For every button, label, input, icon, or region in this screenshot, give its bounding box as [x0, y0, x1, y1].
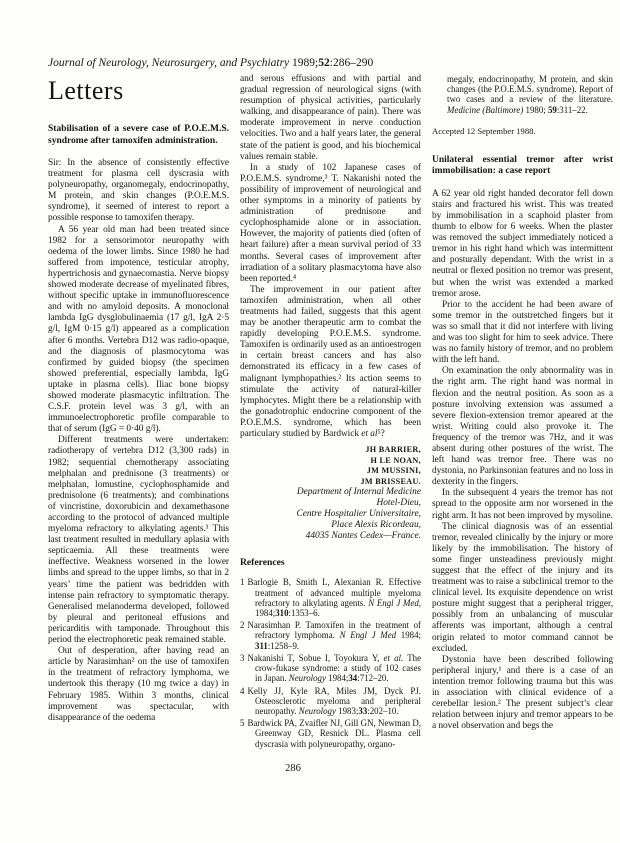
reference-item-1: 1Barlogie B, Smith L, Alexanian R. Effec… [240, 577, 421, 618]
three-column-text-block: Letters Stabilisation of a severe case o… [48, 74, 614, 751]
journal-volume: 52 [318, 57, 330, 69]
reference-text: 1983; [336, 706, 358, 716]
reference-journal: N Engl J Med [340, 630, 397, 640]
reference-text: 1984; [396, 630, 421, 640]
signature-name: JM MUSSINI, [240, 466, 421, 477]
letter1-paragraph-2: A 56 year old man had been treated since… [48, 225, 229, 436]
letter1-paragraph-4-continued: and serous effusions and with partial an… [240, 74, 421, 163]
reference-journal: N Engl J Med [368, 598, 419, 608]
signature-name: JM BRISSEAU. [240, 477, 421, 488]
reference-text: :1353–6. [289, 608, 320, 618]
letter2-paragraph-3: On examination the only abnormality was … [432, 366, 613, 488]
letter2-paragraph-5: The clinical diagnosis was of an essenti… [432, 522, 613, 655]
signature-block: JH BARRIER, H LE NOAN, JM MUSSINI, JM BR… [240, 445, 421, 487]
column-1: Letters Stabilisation of a severe case o… [48, 74, 229, 724]
reference-et-al: et al. [384, 653, 404, 663]
reference-journal: Neurology [289, 673, 326, 683]
column-2: and serous effusions and with partial an… [240, 74, 421, 751]
letter1-paragraph-3: Different treatments were undertaken: ra… [48, 435, 229, 646]
closing-ref-mark: ⁵? [377, 429, 384, 439]
address-line: Department of Internal Medicine [240, 487, 421, 498]
reference-volume: 59 [548, 105, 557, 115]
letter1-paragraph-5: In a study of 102 Japanese cases of P.O.… [240, 163, 421, 285]
address-line: 44035 Nantes Cedex—France. [240, 531, 421, 542]
reference-text: 1980; [523, 105, 548, 115]
reference-text: megaly, endocrinopathy, M protein, and s… [447, 74, 613, 104]
reference-text: :311–22. [557, 105, 588, 115]
reference-volume: 311 [255, 641, 268, 651]
reference-journal: Neurology [299, 706, 336, 716]
accepted-note: Accepted 12 September 1988. [432, 126, 613, 136]
closing-et-al: et al [361, 429, 377, 439]
reference-number: 3 [240, 653, 244, 663]
journal-pages: :286–290 [330, 57, 373, 69]
closing-text: The improvement in our patient after tam… [240, 285, 421, 439]
reference-text: :712–20. [357, 673, 388, 683]
letter1-paragraph-1: Sir: In the absence of consistently effe… [48, 158, 229, 225]
address-line: Place Alexis Ricordeau, [240, 520, 421, 531]
journal-page: Journal of Neurology, Neurosurgery, and … [0, 0, 620, 843]
letter1-paragraph-6: The improvement in our patient after tam… [240, 285, 421, 440]
reference-item-3: 3Nakanishi T, Sobue I, Toyokura Y, et al… [240, 653, 421, 684]
journal-year: 1989; [289, 57, 318, 69]
column-3: megaly, endocrinopathy, M protein, and s… [432, 74, 613, 732]
reference-number: 5 [240, 718, 244, 728]
address-line: Hotel-Dieu, [240, 498, 421, 509]
address-block: Department of Internal Medicine Hotel-Di… [240, 487, 421, 542]
letter1-title: Stabilisation of a severe case of P.O.E.… [48, 124, 229, 147]
reference-volume: 33 [358, 706, 367, 716]
letter2-title: Unilateral essential tremor after wrist … [432, 155, 613, 178]
reference-journal: Medicine (Baltimore) [447, 105, 523, 115]
references-heading: References [240, 557, 421, 568]
reference-text: :202–10. [367, 706, 398, 716]
reference-item-5: 5Bardwick PA, Zvaifler NJ, Gill GN, Newm… [240, 718, 421, 749]
reference-number: 1 [240, 577, 244, 587]
signature-name: H LE NOAN, [240, 456, 421, 467]
signature-name: JH BARRIER, [240, 445, 421, 456]
reference-number: 4 [240, 686, 244, 696]
section-title: Letters [48, 76, 229, 106]
page-number: 286 [263, 763, 323, 774]
reference-text: Nakanishi T, Sobue I, Toyokura Y, [247, 653, 383, 663]
address-line: Centre Hospitalier Universitaire, [240, 509, 421, 520]
reference-item-5-continuation: megaly, endocrinopathy, M protein, and s… [432, 74, 613, 115]
letter2-paragraph-4: In the subsequent 4 years the tremor has… [432, 488, 613, 521]
reference-volume: 310 [275, 608, 288, 618]
letter2-paragraph-2: Prior to the accident he had been aware … [432, 300, 613, 367]
reference-volume: 34 [348, 673, 357, 683]
reference-text: 1984; [326, 673, 348, 683]
reference-text: :1258–9. [268, 641, 299, 651]
reference-list: 1Barlogie B, Smith L, Alexanian R. Effec… [240, 577, 421, 748]
letter2-paragraph-6: Dystonia have been described following p… [432, 655, 613, 733]
reference-number: 2 [240, 620, 244, 630]
reference-item-4: 4Kelly JJ, Kyle RA, Miles JM, Dyck PJ. O… [240, 686, 421, 717]
reference-text: Bardwick PA, Zvaifler NJ, Gill GN, Newma… [247, 718, 421, 748]
letter1-paragraph-4: Out of desperation, after having read an… [48, 646, 229, 724]
journal-header: Journal of Neurology, Neurosurgery, and … [48, 57, 373, 69]
reference-item-2: 2Narasimhan P. Tamoxifen in the treatmen… [240, 620, 421, 651]
letter2-paragraph-1: A 62 year old right handed decorator fel… [432, 189, 613, 300]
journal-title: Journal of Neurology, Neurosurgery, and … [48, 57, 289, 69]
